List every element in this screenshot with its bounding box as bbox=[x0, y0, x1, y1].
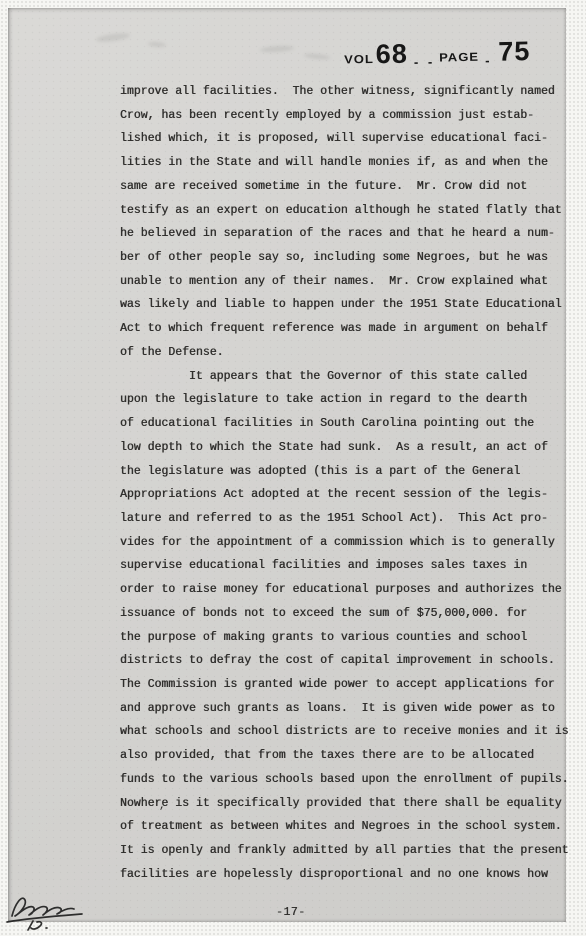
document-line: Appropriations Act adopted at the recent… bbox=[120, 483, 580, 507]
document-line: unable to mention any of their names. Mr… bbox=[120, 270, 580, 294]
text-block: improve all facilities. The other witnes… bbox=[120, 80, 580, 886]
document-line: order to raise money for educational pur… bbox=[120, 578, 580, 602]
document-line: lished which, it is proposed, will super… bbox=[120, 127, 580, 151]
document-line: also provided, that from the taxes there… bbox=[120, 744, 580, 768]
document-line: low depth to which the State had sunk. A… bbox=[120, 436, 580, 460]
pencil-smudge bbox=[304, 53, 330, 61]
document-line: vides for the appointment of a commissio… bbox=[120, 531, 580, 555]
vol-label: VOL bbox=[344, 52, 374, 66]
pencil-smudge bbox=[148, 41, 166, 48]
stamp-dashes: - - bbox=[414, 54, 436, 69]
document-line: upon the legislature to take action in r… bbox=[120, 388, 580, 412]
document-line: Nowhere is it specifically provided that… bbox=[120, 792, 580, 816]
document-line: supervise educational facilities and imp… bbox=[120, 554, 580, 578]
handwritten-signature bbox=[2, 880, 104, 934]
page-dash: - bbox=[485, 53, 493, 68]
document-line: what schools and school districts are to… bbox=[120, 720, 580, 744]
document-line: facilities are hopelessly disproportiona… bbox=[120, 863, 580, 887]
document-line: improve all facilities. The other witnes… bbox=[120, 80, 580, 104]
scan-border: VOL 68 - - PAGE - 75 improve all facilit… bbox=[0, 0, 586, 936]
volume-page-stamp: VOL 68 - - PAGE - 75 bbox=[344, 38, 531, 69]
document-line: and approve such grants as loans. It is … bbox=[120, 697, 580, 721]
document-line: It is openly and frankly admitted by all… bbox=[120, 839, 580, 863]
document-line: of treatment as between whites and Negro… bbox=[120, 815, 580, 839]
document-line: was likely and liable to happen under th… bbox=[120, 293, 580, 317]
pencil-smudge bbox=[260, 45, 294, 53]
document-line: testify as an expert on education althou… bbox=[120, 199, 580, 223]
vol-number: 68 bbox=[375, 41, 408, 69]
document-line: Act to which frequent reference was made… bbox=[120, 317, 580, 341]
document-line: of educational facilities in South Carol… bbox=[120, 412, 580, 436]
document-line: lities in the State and will handle moni… bbox=[120, 151, 580, 175]
document-line: districts to defray the cost of capital … bbox=[120, 649, 580, 673]
pencil-smudge bbox=[96, 32, 131, 44]
document-line: funds to the various schools based upon … bbox=[120, 768, 580, 792]
document-line: same are received sometime in the future… bbox=[120, 175, 580, 199]
page-number-stamp: 75 bbox=[498, 38, 531, 66]
document-page: VOL 68 - - PAGE - 75 improve all facilit… bbox=[8, 8, 566, 922]
stray-ink-mark: , bbox=[159, 800, 166, 812]
document-line: Crow, has been recently employed by a co… bbox=[120, 104, 580, 128]
document-line: he believed in separation of the races a… bbox=[120, 222, 580, 246]
document-line: the legislature was adopted (this is a p… bbox=[120, 460, 580, 484]
document-line: ber of other people say so, including so… bbox=[120, 246, 580, 270]
document-line: lature and referred to as the 1951 Schoo… bbox=[120, 507, 580, 531]
document-line: It appears that the Governor of this sta… bbox=[120, 365, 580, 389]
document-line: of the Defense. bbox=[120, 341, 580, 365]
page-number-footer: -17- bbox=[276, 906, 306, 919]
page-label: PAGE bbox=[439, 50, 479, 64]
document-line: the purpose of making grants to various … bbox=[120, 626, 580, 650]
document-line: The Commission is granted wide power to … bbox=[120, 673, 580, 697]
document-line: issuance of bonds not to exceed the sum … bbox=[120, 602, 580, 626]
